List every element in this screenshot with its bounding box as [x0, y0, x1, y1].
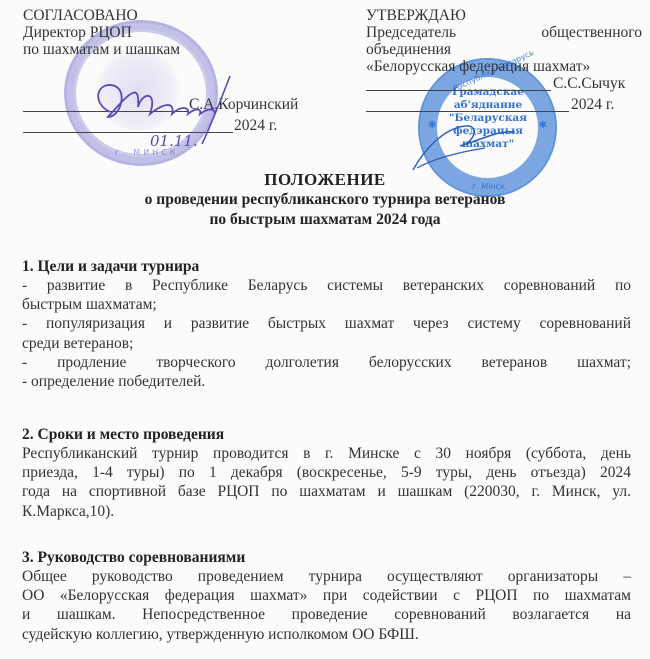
agreed-date-year: 2024 г.	[234, 117, 277, 134]
date-line	[366, 111, 569, 112]
approved-position-word: общественного	[541, 24, 642, 41]
document-title-block: ПОЛОЖЕНИЕ о проведении республиканского …	[0, 170, 650, 229]
approved-position-word: Председатель	[366, 24, 456, 41]
agreed-position: Директор РЦОП	[23, 24, 323, 41]
stamp-line: федэрацыя	[442, 125, 534, 138]
approved-signature-row: С.С.Сычук	[366, 75, 642, 96]
document-subtitle: о проведении республиканского турнира ве…	[0, 190, 650, 209]
star-icon: ✱	[428, 120, 436, 131]
document-subtitle-cont: по быстрым шахматам 2024 года	[0, 210, 650, 229]
body-line: - развитие в Республике Беларусь системы…	[22, 276, 631, 295]
body-line: - популяризация и развитие быстрых шахма…	[22, 314, 631, 333]
body-line: года на спортивной базе РЦОП по шахматам…	[22, 482, 631, 501]
approval-block-agreed: СОГЛАСОВАНО Директор РЦОП по шахматам и …	[23, 7, 323, 138]
section-body: Республиканский турнир проводится в г. М…	[22, 444, 631, 521]
approved-heading: УТВЕРЖДАЮ	[366, 7, 642, 24]
section-management: 3. Руководство соревнованиями Общее руко…	[22, 548, 631, 644]
star-icon: ✱	[539, 120, 547, 131]
body-line: среди ветеранов;	[22, 334, 631, 353]
approved-signer-name: С.С.Сычук	[553, 75, 625, 92]
agreed-signer-name: С.А.Корчинский	[189, 96, 298, 113]
approved-date-row: 2024 г.	[366, 96, 642, 117]
body-line: судейскую коллегию, утвержденную исполко…	[22, 625, 631, 644]
handwritten-signature-right	[405, 108, 525, 178]
agreed-signature-row: С.А.Корчинский	[23, 96, 323, 117]
section-heading: 3. Руководство соревнованиями	[22, 548, 631, 567]
approved-position-cont: объединения	[366, 41, 642, 58]
section-body: - развитие в Республике Беларусь системы…	[22, 276, 631, 391]
body-line: К.Маркса,10).	[22, 502, 631, 521]
approval-block-approved: УТВЕРЖДАЮ Председатель общественного объ…	[366, 7, 642, 117]
agreed-date-row: 2024 г.	[23, 117, 323, 138]
body-line: быстрым шахматам;	[22, 295, 631, 314]
body-line: Республиканский турнир проводится в г. М…	[22, 444, 631, 463]
body-line: приезда, 1-4 туры) по 1 декабря (воскрес…	[22, 463, 631, 482]
section-heading: 1. Цели и задачи турнира	[22, 257, 631, 276]
stamp-line: шахмат"	[442, 138, 534, 151]
section-dates-venue: 2. Сроки и место проведения Республиканс…	[22, 425, 631, 521]
approved-position: Председатель общественного	[366, 24, 642, 41]
approved-date-year: 2024 г.	[571, 96, 614, 113]
signature-line	[23, 111, 188, 112]
agreed-heading: СОГЛАСОВАНО	[23, 7, 323, 24]
section-goals: 1. Цели и задачи турнира - развитие в Ре…	[22, 257, 631, 391]
body-line: - продление творческого долголетия белор…	[22, 353, 631, 372]
agreed-position-cont: по шахматам и шашкам	[23, 41, 323, 58]
body-line: и шашкам. Непосредственное проведение со…	[22, 605, 631, 624]
body-line: ОО «Белорусская федерация шахмат» при со…	[22, 586, 631, 605]
section-body: Общее руководство проведением турнира ос…	[22, 567, 631, 644]
document-page: г. МИНСК Рэспубліка Беларусь Грамадскае …	[0, 0, 650, 659]
approved-organization: «Белорусская федерация шахмат»	[366, 58, 642, 75]
section-heading: 2. Сроки и место проведения	[22, 425, 631, 444]
date-line	[23, 132, 233, 133]
body-line: Общее руководство проведением турнира ос…	[22, 567, 631, 586]
signature-line	[366, 90, 551, 91]
stamp-city-text: г. МИНСК	[115, 148, 178, 157]
document-title: ПОЛОЖЕНИЕ	[0, 170, 650, 189]
body-line: - определение победителей.	[22, 372, 631, 391]
